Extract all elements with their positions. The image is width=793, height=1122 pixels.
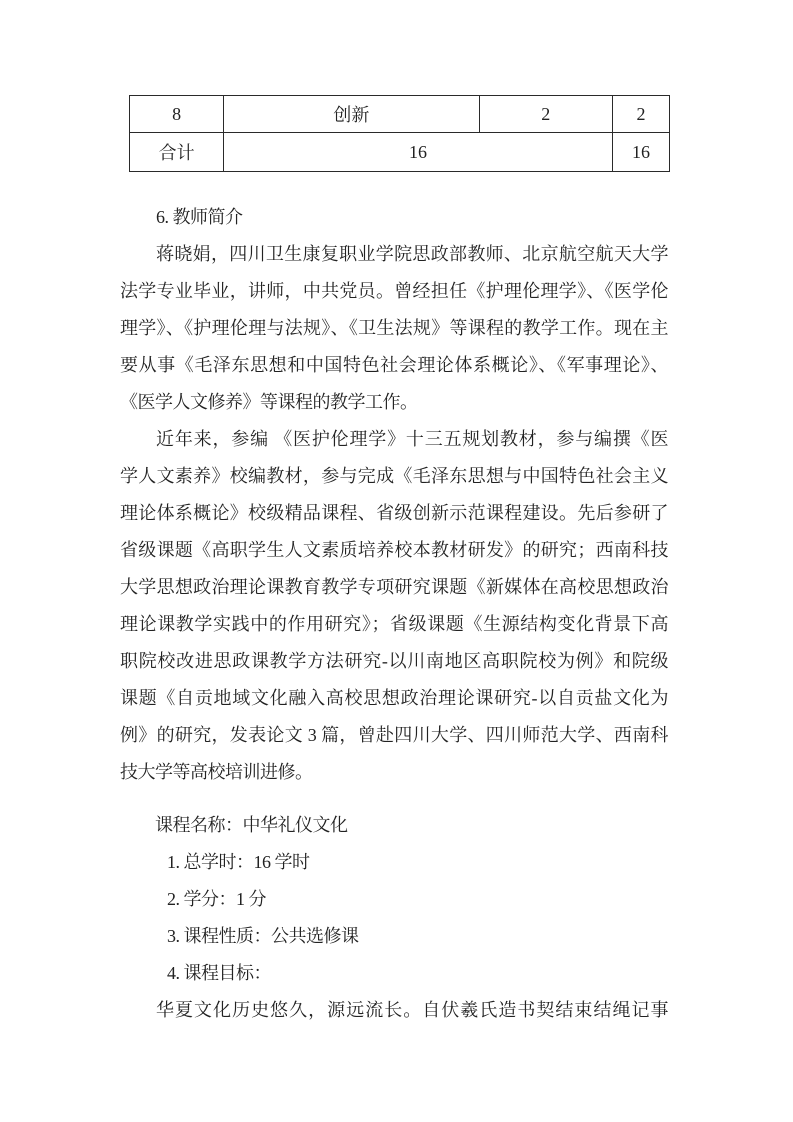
table-cell-total-hours: 16 — [224, 133, 613, 172]
text-line: 职院校改进思政课教学方法研究-以川南地区高职院校为例》和院级 — [120, 643, 668, 680]
text-line: 理学》、《护理伦理与法规》、《卫生法规》等课程的教学工作。现在主 — [120, 310, 668, 347]
table-row-total: 合计 16 16 — [130, 133, 670, 172]
table-cell-total-hours-right: 16 — [612, 133, 669, 172]
text-line: 理论体系概论》校级精品课程、省级创新示范课程建设。先后参研了 — [120, 495, 668, 532]
text-line: 技大学等高校培训进修。 — [120, 754, 668, 791]
course-info-section: 课程名称：中华礼仪文化 1. 总学时：16 学时 2. 学分：1 分 3. 课程… — [120, 807, 668, 1029]
text-line: 近年来，参编 《医护伦理学》十三五规划教材，参与编撰《医 — [120, 421, 668, 458]
document-content: 8 创新 2 2 合计 16 16 6. 教师简介 蒋晓娟，四川卫生康复职业学院… — [120, 95, 668, 1029]
table-cell-topic: 创新 — [224, 96, 479, 133]
text-line: 要从事《毛泽东思想和中国特色社会理论体系概论》、《军事理论》、 — [120, 347, 668, 384]
course-name-line: 课程名称：中华礼仪文化 — [120, 807, 668, 844]
text-line: 学人文素养》校编教材，参与完成《毛泽东思想与中国特色社会主义 — [120, 458, 668, 495]
text-line: 蒋晓娟，四川卫生康复职业学院思政部教师、北京航空航天大学 — [120, 236, 668, 273]
table-cell-hours: 2 — [479, 96, 612, 133]
table-row-chapter-8: 8 创新 2 2 — [130, 96, 670, 133]
text-line: 《医学人文修养》等课程的教学工作。 — [120, 384, 668, 421]
text-line: 理论课教学实践中的作用研究》；省级课题《生源结构变化背景下高 — [120, 606, 668, 643]
teacher-intro-paragraph-2: 近年来，参编 《医护伦理学》十三五规划教材，参与编撰《医 学人文素养》校编教材，… — [120, 421, 668, 791]
course-item-credits: 2. 学分：1 分 — [120, 881, 668, 918]
table-cell-total-label: 合计 — [130, 133, 224, 172]
course-item-type: 3. 课程性质：公共选修课 — [120, 918, 668, 955]
section-heading-teacher-intro: 6. 教师简介 — [120, 199, 668, 236]
course-goals-first-line: 华夏文化历史悠久，源远流长。自伏羲氏造书契结束结绳记事 — [120, 992, 668, 1029]
document-page: 8 创新 2 2 合计 16 16 6. 教师简介 蒋晓娟，四川卫生康复职业学院… — [0, 0, 793, 1122]
hours-summary-table: 8 创新 2 2 合计 16 16 — [129, 95, 670, 172]
text-line: 课题《自贡地域文化融入高校思想政治理论课研究-以自贡盐文化为 — [120, 680, 668, 717]
text-line: 大学思想政治理论课教育教学专项研究课题《新媒体在高校思想政治 — [120, 569, 668, 606]
text-line: 例》的研究，发表论文 3 篇，曾赴四川大学、四川师范大学、西南科 — [120, 717, 668, 754]
text-line: 法学专业毕业，讲师，中共党员。曾经担任《护理伦理学》、《医学伦 — [120, 273, 668, 310]
text-line: 省级课题《高职学生人文素质培养校本教材研发》的研究；西南科技 — [120, 532, 668, 569]
teacher-intro-paragraph-1: 蒋晓娟，四川卫生康复职业学院思政部教师、北京航空航天大学 法学专业毕业，讲师，中… — [120, 236, 668, 421]
spacer — [120, 791, 668, 807]
course-item-goals-label: 4. 课程目标： — [120, 955, 668, 992]
course-item-total-hours: 1. 总学时：16 学时 — [120, 844, 668, 881]
table-cell-number: 8 — [130, 96, 224, 133]
spacer — [120, 172, 668, 199]
table-cell-hours-total: 2 — [612, 96, 669, 133]
